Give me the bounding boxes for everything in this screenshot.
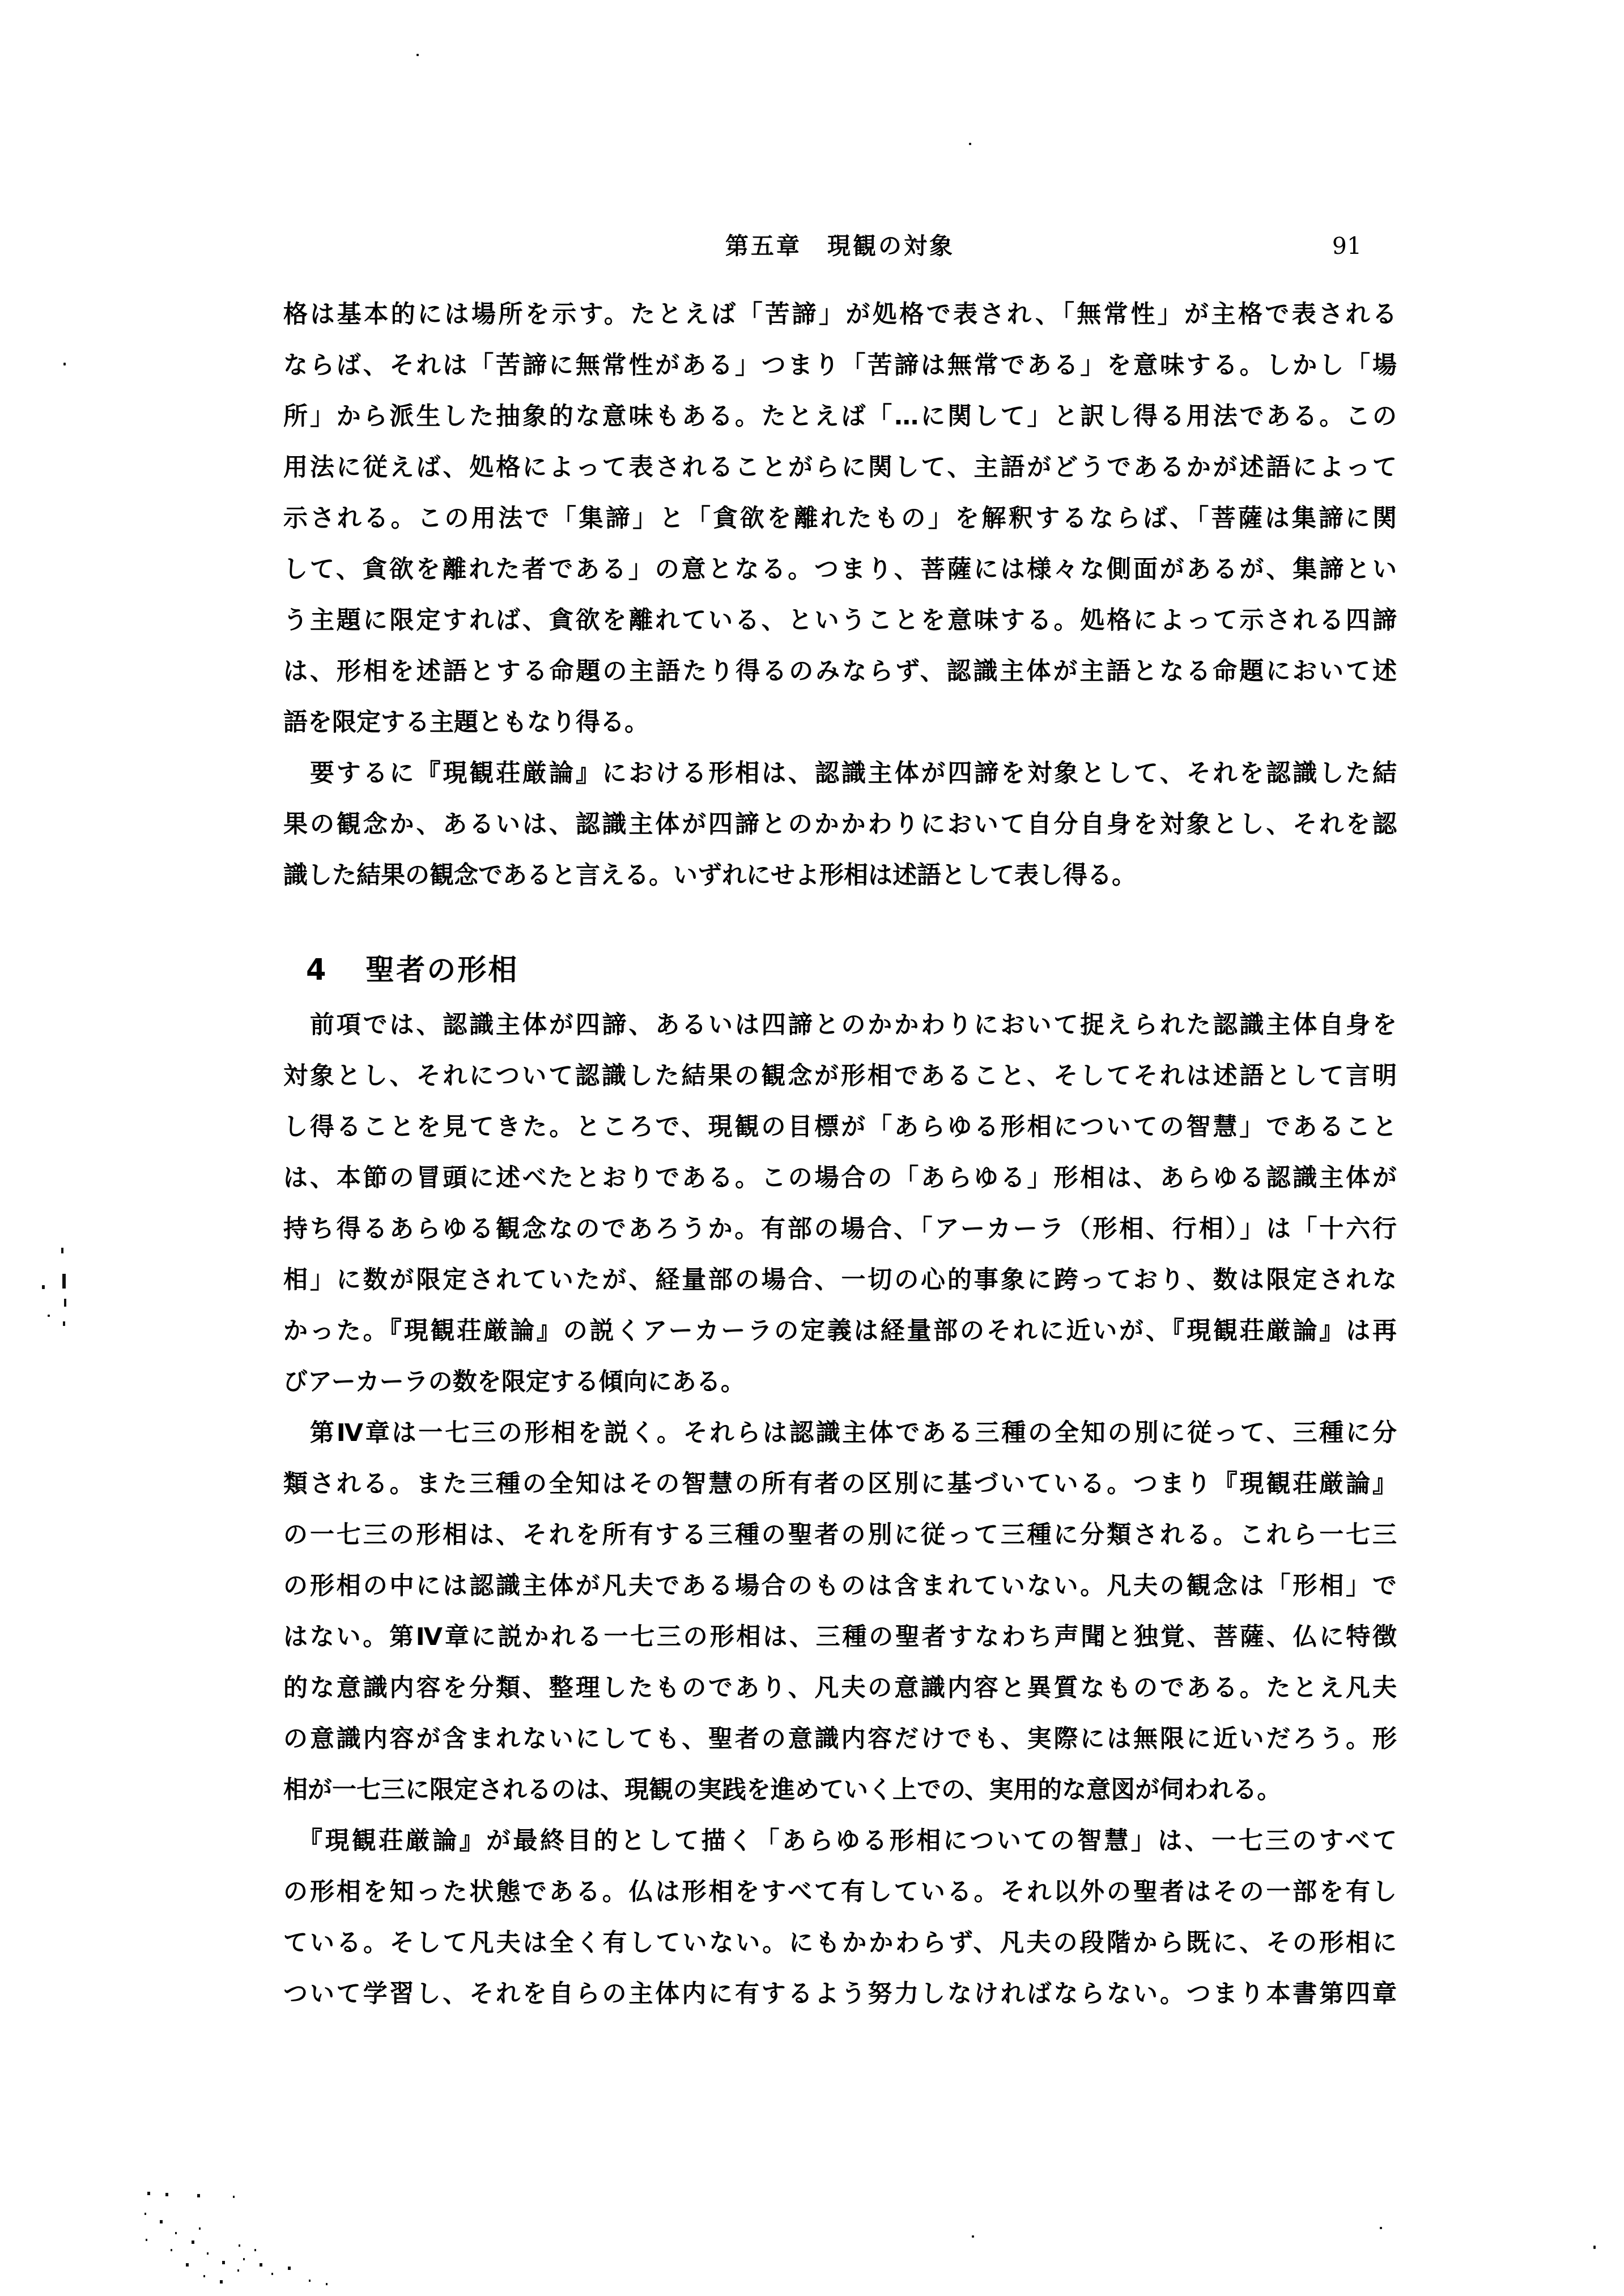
text-line: は、形相を述語とする命題の主語たり得るのみならず、認識主体が主語となる命題におい…: [283, 646, 1397, 697]
text-line: 相」に数が限定されていたが、経量部の場合、一切の心的事象に跨っており、数は限定さ…: [283, 1255, 1397, 1306]
paragraph: 要するに『現観荘厳論』における形相は、認識主体が四諦を対象として、それを認識した…: [283, 748, 1397, 901]
page-header: 第五章 現観の対象 91: [283, 229, 1397, 263]
text-line: ている。そして凡夫は全く有していない。にもかかわらず、凡夫の段階から既に、その形…: [283, 1917, 1397, 1968]
text-line: ならば、それは「苦諦に無常性がある」つまり「苦諦は無常である」を意味する。しかし…: [283, 340, 1397, 391]
scan-speckle: [969, 143, 971, 145]
text-line: の一七三の形相は、それを所有する三種の聖者の別に従って三種に分類される。これら一…: [283, 1510, 1397, 1561]
scan-speckle: [42, 1285, 45, 1289]
paragraph-block-top: 格は基本的には場所を示す。たとえば「苦諦」が処格で表され、「無常性」が主格で表さ…: [283, 289, 1397, 901]
text-line: の形相を知った状態である。仏は形相をすべて有している。それ以外の聖者はその一部を…: [283, 1866, 1397, 1917]
text-line: 用法に従えば、処格によって表されることがらに関して、主語がどうであるかが述語によ…: [283, 442, 1397, 493]
text-line: 示される。この用法で「集諦」と「貪欲を離れたもの」を解釈するならば、「菩薩は集諦…: [283, 493, 1397, 544]
paragraph: 『現観荘厳論』が最終目的として描く「あらゆる形相についての智慧」は、一七三のすべ…: [283, 1815, 1397, 2019]
text-line: の意識内容が含まれないにしても、聖者の意識内容だけでも、実際には無限に近いだろう…: [283, 1714, 1397, 1764]
paragraph: 格は基本的には場所を示す。たとえば「苦諦」が処格で表され、「無常性」が主格で表さ…: [283, 289, 1397, 748]
text-line: 対象とし、それについて認識した結果の観念が形相であること、そしてそれは述語として…: [283, 1051, 1397, 1102]
text-line: の形相の中には認識主体が凡夫である場合のものは含まれていない。凡夫の観念は「形相…: [283, 1561, 1397, 1612]
text-line: ついて学習し、それを自らの主体内に有するよう努力しなければならない。つまり本書第…: [283, 1968, 1397, 2019]
scan-speckle: [48, 1315, 50, 1317]
scan-speckle: [63, 1321, 65, 1326]
section-number: 4: [306, 945, 326, 996]
text-line: 的な意識内容を分類、整理したものであり、凡夫の意識内容と異質なものである。たとえ…: [283, 1663, 1397, 1714]
text-line: 識した結果の観念であると言える。いずれにせよ形相は述語として表し得る。: [283, 850, 1397, 901]
text-line: 前項では、認識主体が四諦、あるいは四諦とのかかわりにおいて捉えられた認識主体自身…: [283, 1000, 1397, 1051]
scan-speckle: [416, 54, 419, 56]
scan-speckle: [972, 2235, 974, 2238]
text-line: 相が一七三に限定されるのは、現観の実践を進めていく上での、実用的な意図が伺われる…: [283, 1764, 1397, 1815]
scan-speckle-cluster: [147, 2192, 150, 2195]
text-line: はない。第Ⅳ章に説かれる一七三の形相は、三種の聖者すなわち声聞と独覚、菩薩、仏に…: [283, 1612, 1397, 1663]
scan-speckle: [1593, 2246, 1596, 2249]
text-line: 要するに『現観荘厳論』における形相は、認識主体が四諦を対象として、それを認識した…: [283, 748, 1397, 799]
text-line: は、本節の冒頭に述べたとおりである。この場合の「あらゆる」形相は、あらゆる認識主…: [283, 1153, 1397, 1204]
scan-speckle: [61, 1248, 63, 1253]
section-title: 聖者の形相: [365, 945, 518, 996]
text-line: して、貪欲を離れた者である」の意となる。つまり、菩薩には様々な側面があるが、集諦…: [283, 544, 1397, 595]
text-line: 果の観念か、あるいは、認識主体が四諦とのかかわりにおいて自分自身を対象とし、それ…: [283, 799, 1397, 850]
paragraph: 第Ⅳ章は一七三の形相を説く。それらは認識主体である三種の全知の別に従って、三種に…: [283, 1408, 1397, 1815]
document-page: 第五章 現観の対象 91 格は基本的には場所を示す。たとえば「苦諦」が処格で表さ…: [0, 0, 1624, 2296]
text-line: 類される。また三種の全知はその智慧の所有者の区別に基づいている。つまり『現観荘厳…: [283, 1459, 1397, 1510]
page-number: 91: [1332, 229, 1362, 263]
text-line: 第Ⅳ章は一七三の形相を説く。それらは認識主体である三種の全知の別に従って、三種に…: [283, 1408, 1397, 1459]
text-line: 格は基本的には場所を示す。たとえば「苦諦」が処格で表され、「無常性」が主格で表さ…: [283, 289, 1397, 340]
scan-speckle: [62, 1274, 66, 1289]
text-line: 持ち得るあらゆる観念なのであろうか。有部の場合、「アーカーラ（形相、行相）」は「…: [283, 1204, 1397, 1255]
paragraph: 前項では、認識主体が四諦、あるいは四諦とのかかわりにおいて捉えられた認識主体自身…: [283, 1000, 1397, 1408]
text-line: う主題に限定すれば、貪欲を離れている、ということを意味する。処格によって示される…: [283, 595, 1397, 646]
scan-speckle: [64, 1299, 66, 1307]
scan-speckle: [1380, 2227, 1382, 2229]
text-line: かった。『現観荘厳論』の説くアーカーラの定義は経量部のそれに近いが、『現観荘厳論…: [283, 1306, 1397, 1357]
scan-speckle: [63, 363, 66, 365]
paragraph-block-bottom: 前項では、認識主体が四諦、あるいは四諦とのかかわりにおいて捉えられた認識主体自身…: [283, 1000, 1397, 2019]
text-line: 『現観荘厳論』が最終目的として描く「あらゆる形相についての智慧」は、一七三のすべ…: [283, 1815, 1397, 1866]
text-line: びアーカーラの数を限定する傾向にある。: [283, 1357, 1397, 1408]
section-heading: 4 聖者の形相: [306, 945, 518, 996]
text-line: 所」から派生した抽象的な意味もある。たとえば「…に関して」と訳し得る用法である。…: [283, 391, 1397, 442]
text-line: し得ることを見てきた。ところで、現観の目標が「あらゆる形相についての智慧」である…: [283, 1102, 1397, 1153]
text-line: 語を限定する主題ともなり得る。: [283, 697, 1397, 748]
chapter-heading-text: 第五章 現観の対象: [283, 229, 1397, 263]
